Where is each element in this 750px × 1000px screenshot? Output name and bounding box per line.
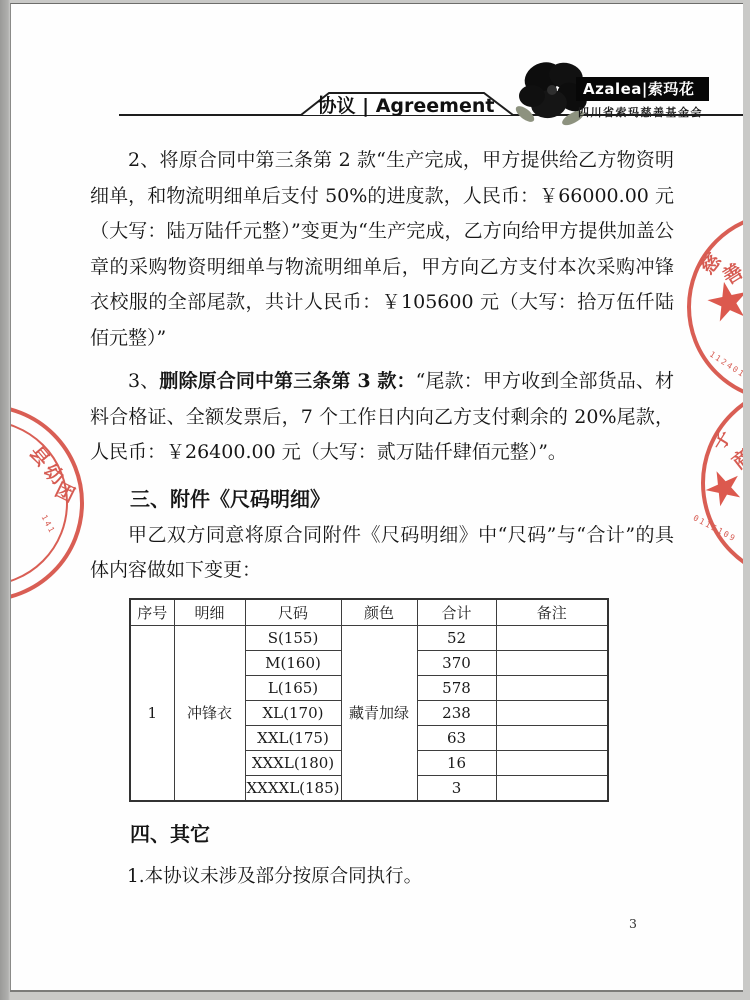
cell-remark	[496, 675, 608, 700]
document-body: 2、将原合同中第三条第 2 款“生产完成，甲方提供给乙方物资明细单，和物流明细单…	[90, 143, 674, 894]
cell-size: XXXXL(185)	[245, 775, 341, 801]
cell-total: 370	[417, 650, 496, 675]
cell-size: L(165)	[245, 675, 341, 700]
paragraph-delete-clause3: 3、删除原合同中第三条第 3 款：“尾款：甲方收到全部货品、材料合格证、全额发票…	[90, 364, 674, 471]
star-icon: ★	[700, 272, 743, 333]
red-seal-left-edge: 县 幼 团 141	[10, 404, 84, 602]
section-heading-other: 四、其它	[90, 818, 674, 850]
red-seal-ecommerce-lower: 子 商 务 中 ★ 0115109	[701, 384, 743, 582]
cell-remark	[496, 750, 608, 775]
cell-remark	[496, 650, 608, 675]
star-icon: ★	[695, 458, 743, 517]
col-color: 颜色	[341, 599, 417, 626]
clause3-bold-lead: 删除原合同中第三条第 3 款：	[159, 370, 415, 392]
scan-background: 协议 | Agreement Azalea|索玛花 四川省索玛慈善基金会 2、将…	[0, 0, 750, 1000]
section-heading-attachment: 三、附件《尺码明细》	[90, 483, 674, 515]
seal-digits: 112401	[708, 350, 743, 380]
col-total: 合计	[417, 599, 496, 626]
col-remark: 备注	[496, 599, 608, 626]
cell-item: 冲锋衣	[174, 625, 245, 801]
clause3-number: 3、	[128, 370, 159, 392]
cell-remark	[496, 775, 608, 801]
cell-size: XXXL(180)	[245, 750, 341, 775]
table-row: 1 冲锋衣 S(155) 藏青加绿 52	[130, 625, 608, 650]
document-page: 协议 | Agreement Azalea|索玛花 四川省索玛慈善基金会 2、将…	[10, 3, 743, 990]
cell-size: S(155)	[245, 625, 341, 650]
cell-color: 藏青加绿	[341, 625, 417, 801]
table-header-row: 序号 明细 尺码 颜色 合计 备注	[130, 599, 608, 626]
cell-total: 238	[417, 700, 496, 725]
paragraph-amend-clause2: 2、将原合同中第三条第 2 款“生产完成，甲方提供给乙方物资明细单，和物流明细单…	[90, 143, 674, 356]
cell-seq: 1	[130, 625, 174, 801]
cell-remark	[496, 725, 608, 750]
cell-total: 63	[417, 725, 496, 750]
logo-organization: 四川省索玛慈善基金会	[578, 104, 738, 120]
paragraph-attachment-intro: 甲乙双方同意将原合同附件《尺码明细》中“尺码”与“合计”的具体内容做如下变更：	[90, 518, 674, 589]
paragraph-other-1: 1.本协议未涉及部分按原合同执行。	[90, 859, 674, 895]
cell-remark	[496, 625, 608, 650]
logo-wordmark: Azalea|索玛花	[576, 77, 709, 101]
cell-total: 52	[417, 625, 496, 650]
col-seq: 序号	[130, 599, 174, 626]
cell-size: M(160)	[245, 650, 341, 675]
page-number: 3	[629, 916, 637, 931]
size-table-wrapper: 序号 明细 尺码 颜色 合计 备注 1 冲锋衣 S(155)	[129, 598, 674, 802]
cell-total: 16	[417, 750, 496, 775]
size-detail-table: 序号 明细 尺码 颜色 合计 备注 1 冲锋衣 S(155)	[129, 598, 609, 802]
cell-total: 3	[417, 775, 496, 801]
banner-title: 协议 | Agreement	[306, 91, 506, 115]
cell-remark	[496, 700, 608, 725]
cell-size: XL(170)	[245, 700, 341, 725]
col-size: 尺码	[245, 599, 341, 626]
cell-size: XXL(175)	[245, 725, 341, 750]
cell-total: 578	[417, 675, 496, 700]
col-item: 明细	[174, 599, 245, 626]
red-seal-charity-upper: 慈 善 基 ★ 112401	[687, 212, 743, 402]
